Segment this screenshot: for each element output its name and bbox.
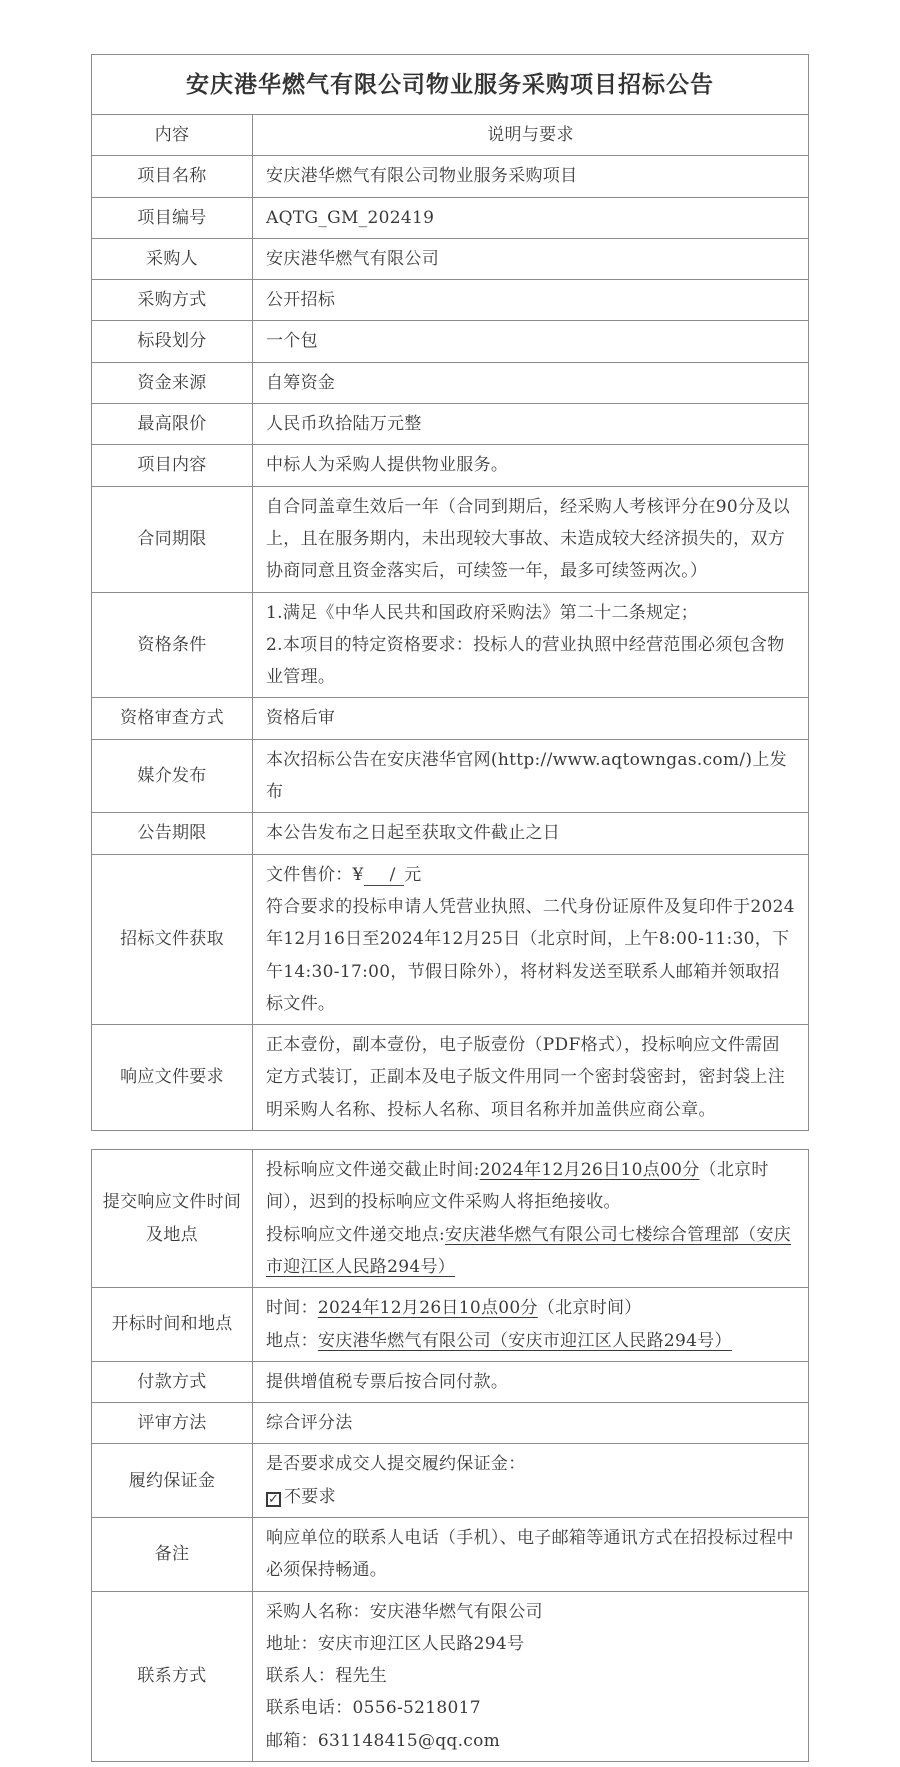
document-title: 安庆港华燃气有限公司物业服务采购项目招标公告 [92, 55, 809, 115]
header-requirements-label: 说明与要求 [253, 115, 809, 156]
table-row: 最高限价 人民币玖拾陆万元整 [92, 404, 809, 445]
row-label-max-price: 最高限价 [92, 404, 253, 445]
row-label-fund-source: 资金来源 [92, 362, 253, 403]
table-row: 标段划分 一个包 [92, 321, 809, 362]
table-row: 资格条件 1.满足《中华人民共和国政府采购法》第二十二条规定； 2.本项目的特定… [92, 592, 809, 698]
table-row: 响应文件要求 正本壹份，副本壹份，电子版壹份（PDF格式），投标响应文件需固定方… [92, 1025, 809, 1131]
underlined-opening-place: 安庆港华燃气有限公司（安庆市迎江区人民路294号） [318, 1331, 732, 1351]
opening-time: 时间：2024年12月26日10点00分（北京时间） [266, 1292, 795, 1324]
table-row: 采购人 安庆港华燃气有限公司 [92, 238, 809, 279]
header-content-label: 内容 [92, 115, 253, 156]
row-label-contract-term: 合同期限 [92, 486, 253, 592]
table-row: 联系方式 采购人名称：安庆港华燃气有限公司 地址：安庆市迎江区人民路294号 联… [92, 1591, 809, 1761]
row-value-bid-opening: 时间：2024年12月26日10点00分（北京时间） 地点：安庆港华燃气有限公司… [253, 1288, 809, 1362]
table-row: 合同期限 自合同盖章生效后一年（合同到期后，经采购人考核评分在90分及以上，且在… [92, 486, 809, 592]
table-row: 开标时间和地点 时间：2024年12月26日10点00分（北京时间） 地点：安庆… [92, 1288, 809, 1362]
table-row: 招标文件获取 文件售价：¥ / 元 符合要求的投标申请人凭营业执照、二代身份证原… [92, 854, 809, 1024]
row-value-project-name: 安庆港华燃气有限公司物业服务采购项目 [253, 156, 809, 197]
qualification-line-2: 2.本项目的特定资格要求：投标人的营业执照中经营范围必须包含物业管理。 [266, 629, 795, 694]
row-label-doc-acquisition: 招标文件获取 [92, 854, 253, 1024]
row-value-purchaser: 安庆港华燃气有限公司 [253, 238, 809, 279]
table-row: 资格审查方式 资格后审 [92, 698, 809, 739]
doc-price-line: 文件售价：¥ / 元 [266, 859, 795, 891]
row-label-submission: 提交响应文件时间及地点 [92, 1150, 253, 1288]
table-row: 付款方式 提供增值税专票后按合同付款。 [92, 1361, 809, 1402]
row-label-purchase-method: 采购方式 [92, 280, 253, 321]
row-value-response-doc-req: 正本壹份，副本壹份，电子版壹份（PDF格式），投标响应文件需固定方式装订，正副本… [253, 1025, 809, 1131]
table-row: 履约保证金 是否要求成交人提交履约保证金： ✓不要求 [92, 1444, 809, 1518]
qualification-line-1: 1.满足《中华人民共和国政府采购法》第二十二条规定； [266, 597, 795, 629]
row-label-qualification: 资格条件 [92, 592, 253, 698]
contact-purchaser-name: 采购人名称：安庆港华燃气有限公司 [266, 1596, 795, 1628]
table-row: 提交响应文件时间及地点 投标响应文件递交截止时间:2024年12月26日10点0… [92, 1150, 809, 1288]
document-page: 安庆港华燃气有限公司物业服务采购项目招标公告 内容 说明与要求 项目名称 安庆港… [0, 0, 900, 1762]
underlined-deadline: 2024年12月26日10点00分 [480, 1160, 700, 1180]
row-label-qualification-review: 资格审查方式 [92, 698, 253, 739]
table-row: 采购方式 公开招标 [92, 280, 809, 321]
announcement-table-main: 安庆港华燃气有限公司物业服务采购项目招标公告 内容 说明与要求 项目名称 安庆港… [91, 54, 809, 1131]
row-value-performance-bond: 是否要求成交人提交履约保证金： ✓不要求 [253, 1444, 809, 1518]
row-label-performance-bond: 履约保证金 [92, 1444, 253, 1518]
row-label-purchaser: 采购人 [92, 238, 253, 279]
announcement-table-secondary: 提交响应文件时间及地点 投标响应文件递交截止时间:2024年12月26日10点0… [91, 1149, 809, 1762]
row-value-evaluation: 综合评分法 [253, 1403, 809, 1444]
row-label-project-content: 项目内容 [92, 445, 253, 486]
contact-person: 联系人：程先生 [266, 1660, 795, 1692]
doc-acquisition-body: 符合要求的投标申请人凭营业执照、二代身份证原件及复印件于2024年12月16日至… [266, 891, 795, 1020]
table-row: 媒介发布 本次招标公告在安庆港华官网(http://www.aqtowngas.… [92, 739, 809, 813]
bond-answer-line: ✓不要求 [266, 1481, 795, 1513]
row-label-section-division: 标段划分 [92, 321, 253, 362]
row-value-project-number: AQTG_GM_202419 [253, 197, 809, 238]
row-value-contract-term: 自合同盖章生效后一年（合同到期后，经采购人考核评分在90分及以上，且在服务期内，… [253, 486, 809, 592]
row-value-payment: 提供增值税专票后按合同付款。 [253, 1361, 809, 1402]
row-label-project-number: 项目编号 [92, 197, 253, 238]
row-value-max-price: 人民币玖拾陆万元整 [253, 404, 809, 445]
row-label-response-doc-req: 响应文件要求 [92, 1025, 253, 1131]
checked-checkbox-icon: ✓ [266, 1492, 281, 1507]
row-value-qualification-review: 资格后审 [253, 698, 809, 739]
row-label-remarks: 备注 [92, 1517, 253, 1591]
submission-deadline: 投标响应文件递交截止时间:2024年12月26日10点00分（北京时间），迟到的… [266, 1154, 795, 1219]
table-row: 项目编号 AQTG_GM_202419 [92, 197, 809, 238]
row-value-qualification: 1.满足《中华人民共和国政府采购法》第二十二条规定； 2.本项目的特定资格要求：… [253, 592, 809, 698]
table-row: 项目名称 安庆港华燃气有限公司物业服务采购项目 [92, 156, 809, 197]
blank-underline-field: / [364, 865, 405, 886]
contact-phone: 联系电话：0556-5218017 [266, 1692, 795, 1724]
bond-answer: 不要求 [284, 1487, 336, 1507]
opening-place: 地点：安庆港华燃气有限公司（安庆市迎江区人民路294号） [266, 1325, 795, 1357]
row-value-submission: 投标响应文件递交截止时间:2024年12月26日10点00分（北京时间），迟到的… [253, 1150, 809, 1288]
row-value-project-content: 中标人为采购人提供物业服务。 [253, 445, 809, 486]
row-label-contact: 联系方式 [92, 1591, 253, 1761]
row-value-contact: 采购人名称：安庆港华燃气有限公司 地址：安庆市迎江区人民路294号 联系人：程先… [253, 1591, 809, 1761]
contact-address: 地址：安庆市迎江区人民路294号 [266, 1628, 795, 1660]
contact-email: 邮箱：631148415@qq.com [266, 1725, 795, 1757]
table-row: 评审方法 综合评分法 [92, 1403, 809, 1444]
table-row: 项目内容 中标人为采购人提供物业服务。 [92, 445, 809, 486]
row-label-evaluation: 评审方法 [92, 1403, 253, 1444]
row-label-project-name: 项目名称 [92, 156, 253, 197]
submission-place: 投标响应文件递交地点:安庆港华燃气有限公司七楼综合管理部（安庆市迎江区人民路29… [266, 1219, 795, 1284]
row-label-announcement-period: 公告期限 [92, 813, 253, 854]
table-row: 资金来源 自筹资金 [92, 362, 809, 403]
table-row: 备注 响应单位的联系人电话（手机）、电子邮箱等通讯方式在招投标过程中必须保持畅通… [92, 1517, 809, 1591]
row-value-fund-source: 自筹资金 [253, 362, 809, 403]
row-label-bid-opening: 开标时间和地点 [92, 1288, 253, 1362]
bond-question: 是否要求成交人提交履约保证金： [266, 1448, 795, 1480]
row-value-doc-acquisition: 文件售价：¥ / 元 符合要求的投标申请人凭营业执照、二代身份证原件及复印件于2… [253, 854, 809, 1024]
row-value-purchase-method: 公开招标 [253, 280, 809, 321]
row-value-announcement-period: 本公告发布之日起至获取文件截止之日 [253, 813, 809, 854]
table-row: 安庆港华燃气有限公司物业服务采购项目招标公告 [92, 55, 809, 115]
row-value-media-release: 本次招标公告在安庆港华官网(http://www.aqtowngas.com/)… [253, 739, 809, 813]
underlined-opening-time: 2024年12月26日10点00分 [318, 1298, 538, 1318]
row-label-payment: 付款方式 [92, 1361, 253, 1402]
row-value-remarks: 响应单位的联系人电话（手机）、电子邮箱等通讯方式在招投标过程中必须保持畅通。 [253, 1517, 809, 1591]
row-value-section-division: 一个包 [253, 321, 809, 362]
row-label-media-release: 媒介发布 [92, 739, 253, 813]
table-row: 内容 说明与要求 [92, 115, 809, 156]
table-row: 公告期限 本公告发布之日起至获取文件截止之日 [92, 813, 809, 854]
